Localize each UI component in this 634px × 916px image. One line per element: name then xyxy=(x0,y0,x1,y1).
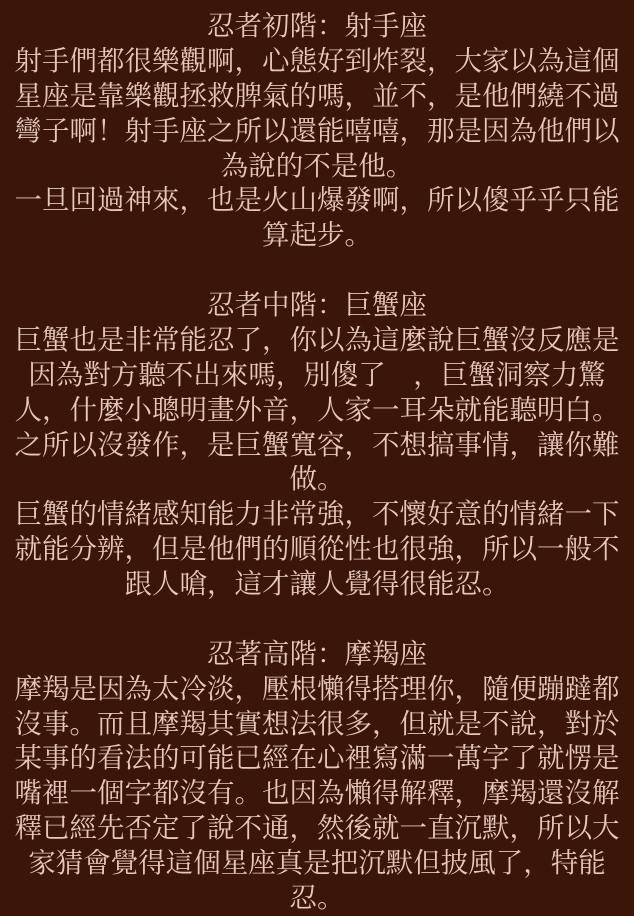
section-sagittarius: 忍者初階：射手座 射手們都很樂觀啊，心態好到炸裂，大家以為這個 星座是靠樂觀拯救… xyxy=(0,9,634,253)
text-line: 做。 xyxy=(0,462,634,497)
text-line: 射手們都很樂觀啊，心態好到炸裂，大家以為這個 xyxy=(0,44,634,79)
text-line: 就能分辨，但是他們的順從性也很強，所以一般不 xyxy=(0,532,634,567)
zodiac-article: 忍者初階：射手座 射手們都很樂觀啊，心態好到炸裂，大家以為這個 星座是靠樂觀拯救… xyxy=(0,0,634,916)
section-title: 忍者初階：射手座 xyxy=(0,9,634,44)
text-line: 某事的看法的可能已經在心裡寫滿一萬字了就愣是 xyxy=(0,741,634,776)
text-line: 彎子啊！射手座之所以還能嘻嘻，那是因為他們以 xyxy=(0,114,634,149)
text-line: 星座是靠樂觀拯救脾氣的嗎，並不，是他們繞不過 xyxy=(0,79,634,114)
text-line: 家猜會覺得這個星座真是把沉默但披風了，特能 xyxy=(0,846,634,881)
text-line: 摩羯是因為太冷淡，壓根懶得搭理你，隨便蹦躂都 xyxy=(0,672,634,707)
blank-line xyxy=(0,253,634,288)
section-title: 忍者中階：巨蟹座 xyxy=(0,288,634,323)
section-cancer: 忍者中階：巨蟹座 巨蟹也是非常能忍了，你以為這麼說巨蟹沒反應是 因為對方聽不出來… xyxy=(0,288,634,602)
text-line: 忍。 xyxy=(0,881,634,916)
text-line: 釋已經先否定了說不通，然後就一直沉默，所以大 xyxy=(0,811,634,846)
section-title: 忍著高階：摩羯座 xyxy=(0,637,634,672)
text-line: 因為對方聽不出來嗎，別傻了 ，巨蟹洞察力驚 xyxy=(0,358,634,393)
text-line: 之所以沒發作，是巨蟹寬容，不想搞事情，讓你難 xyxy=(0,428,634,463)
blank-line xyxy=(0,602,634,637)
text-line: 巨蟹也是非常能忍了，你以為這麼說巨蟹沒反應是 xyxy=(0,323,634,358)
text-line: 嘴裡一個字都沒有。也因為懶得解釋，摩羯還沒解 xyxy=(0,776,634,811)
text-line: 巨蟹的情緒感知能力非常強，不懷好意的情緒一下 xyxy=(0,497,634,532)
text-line: 跟人嗆，這才讓人覺得很能忍。 xyxy=(0,567,634,602)
section-capricorn: 忍著高階：摩羯座 摩羯是因為太冷淡，壓根懶得搭理你，隨便蹦躂都 沒事。而且摩羯其… xyxy=(0,637,634,916)
text-line: 沒事。而且摩羯其實想法很多，但就是不說，對於 xyxy=(0,707,634,742)
text-line: 為說的不是他。 xyxy=(0,149,634,184)
text-line: 算起步。 xyxy=(0,218,634,253)
text-line: 一旦回過神來，也是火山爆發啊，所以傻乎乎只能 xyxy=(0,183,634,218)
text-line: 人，什麼小聰明畫外音，人家一耳朵就能聽明白。 xyxy=(0,393,634,428)
